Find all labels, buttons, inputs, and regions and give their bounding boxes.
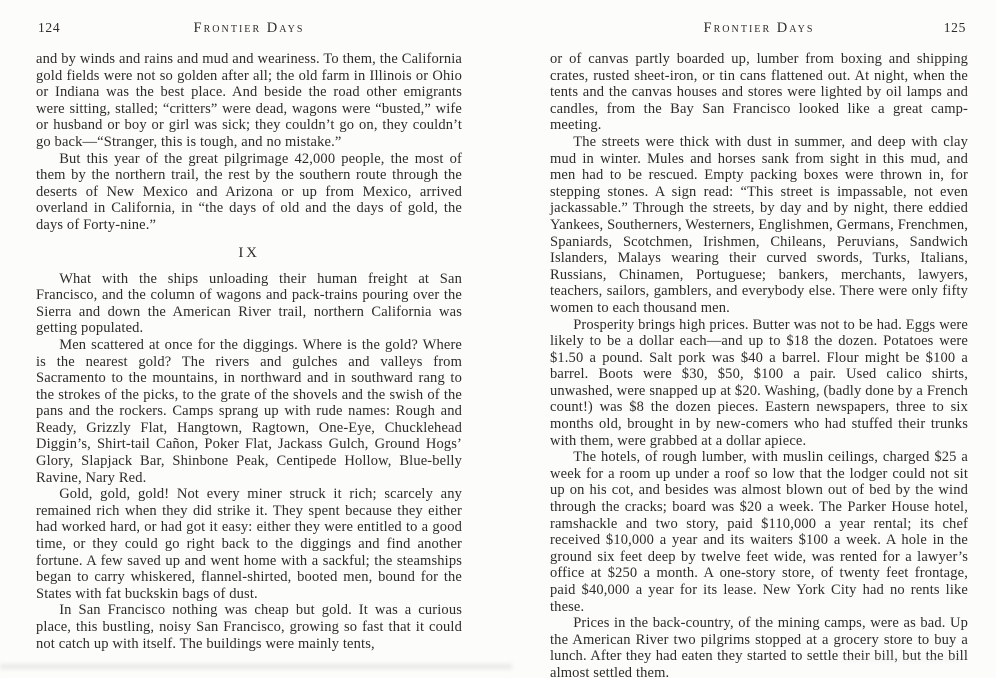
page-header-right: Frontier Days 125 xyxy=(550,20,968,38)
paragraph: The hotels, of rough lumber, with muslin… xyxy=(550,449,968,615)
page-header-left: 124 Frontier Days xyxy=(36,20,462,38)
page-left-124: 124 Frontier Days and by winds and rains… xyxy=(36,20,462,652)
paragraph: Gold, gold, gold! Not every miner struck… xyxy=(36,486,462,602)
page-right-125: Frontier Days 125 or of canvas partly bo… xyxy=(550,20,968,678)
paragraph: Men scattered at once for the diggings. … xyxy=(36,337,462,486)
page-number-left: 124 xyxy=(38,20,60,36)
paragraph: In San Francisco nothing was cheap but g… xyxy=(36,602,462,652)
paragraph: But this year of the great pilgrimage 42… xyxy=(36,151,462,234)
paragraph: Prosperity brings high prices. Butter wa… xyxy=(550,317,968,450)
paragraph: What with the ships unloading their huma… xyxy=(36,271,462,337)
running-title-left: Frontier Days xyxy=(36,20,462,37)
page-number-right: 125 xyxy=(944,20,966,36)
running-title-right: Frontier Days xyxy=(550,20,968,37)
paragraph: Prices in the back-country, of the minin… xyxy=(550,615,968,678)
paragraph: The streets were thick with dust in summ… xyxy=(550,134,968,317)
section-heading: IX xyxy=(36,245,462,262)
scan-smudge-left xyxy=(0,664,512,669)
paragraph: and by winds and rains and mud and weari… xyxy=(36,51,462,151)
page-body-left: and by winds and rains and mud and weari… xyxy=(36,51,462,652)
page-body-right: or of canvas partly boarded up, lumber f… xyxy=(550,51,968,678)
paragraph: or of canvas partly boarded up, lumber f… xyxy=(550,51,968,134)
